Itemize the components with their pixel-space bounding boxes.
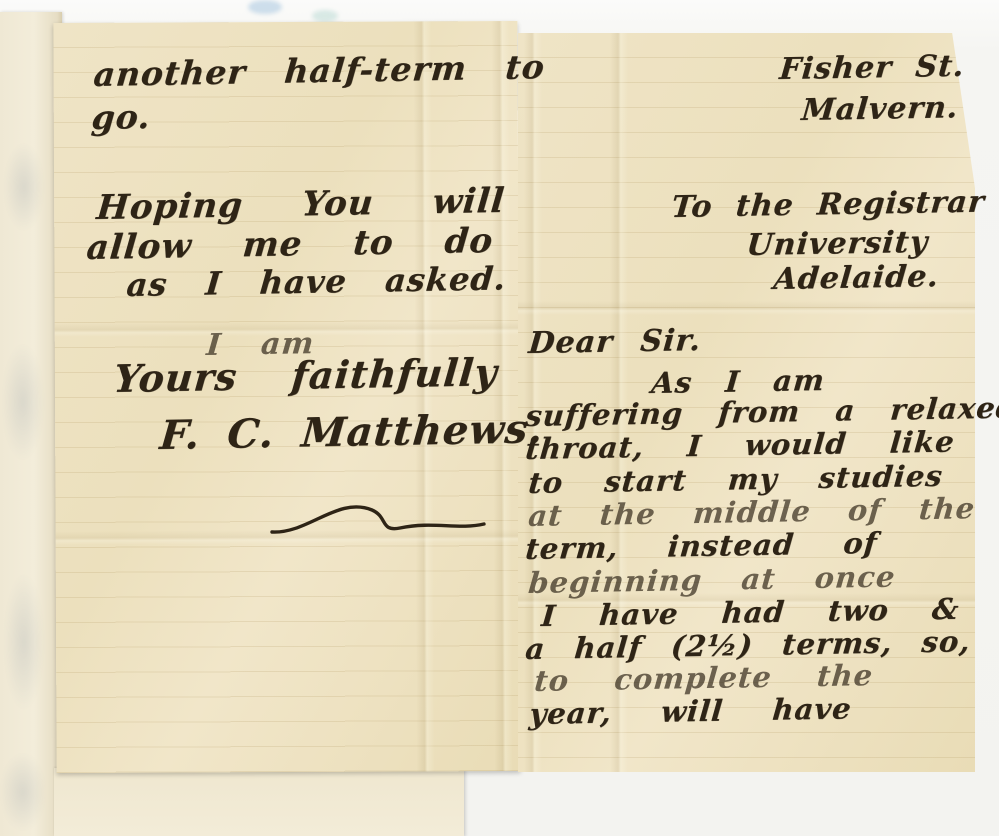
recipient-line: University xyxy=(745,225,930,263)
sender-address-line: Malvern. xyxy=(800,90,960,128)
handwriting-line: another half-term to xyxy=(92,47,547,94)
signature-flourish xyxy=(268,488,488,543)
closing-line: Yours faithfully xyxy=(112,349,500,401)
scanner-smudge xyxy=(248,0,282,14)
handwriting-line: go. xyxy=(90,97,153,137)
underlying-page-strip xyxy=(0,12,62,836)
underlying-page-corner xyxy=(54,768,464,836)
sender-address-line: Fisher St. xyxy=(778,49,966,87)
letter-scan: another half-term to go. Hoping You will… xyxy=(0,0,999,836)
body-line: year, will have xyxy=(528,691,853,731)
handwriting-line: as I have asked. xyxy=(125,259,508,304)
salutation: Dear Sir. xyxy=(527,323,703,361)
scanner-smudge xyxy=(312,10,338,22)
recipient-line: Adelaide. xyxy=(772,259,940,297)
recipient-line: To the Registrar xyxy=(670,185,986,225)
signature: F. C. Matthews. xyxy=(158,405,546,459)
